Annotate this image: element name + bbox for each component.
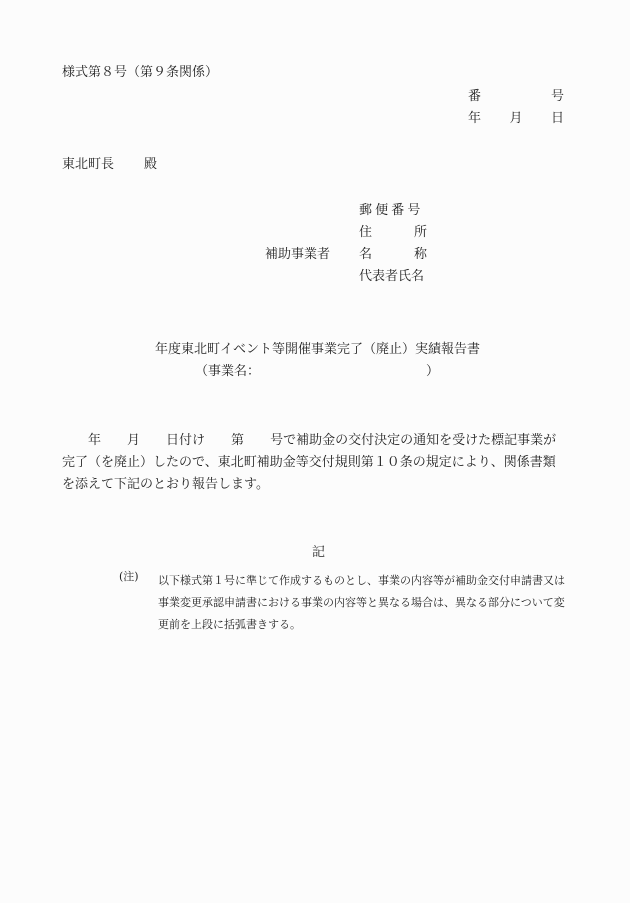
note-line-1: 以下様式第１号に準じて作成するものとし、事業の内容等が補助金交付申請書又は xyxy=(158,570,588,592)
document-date-row: 年 月 日 xyxy=(468,111,564,127)
report-title: 年度東北町イベント等開催事業完了（廃止）実績報告書 xyxy=(155,342,480,358)
addressee-honorific: 殿 xyxy=(144,157,157,172)
document-page: { "document": { "form_number": "様式第８号（第９… xyxy=(0,0,630,903)
project-name-field: （事業名： ） xyxy=(195,364,439,380)
body-line-1: 年 月 日付け 第 号で補助金の交付決定の通知を受けた標記事業が xyxy=(62,430,592,452)
body-year: 年 xyxy=(88,430,101,452)
address-label: 住 所 xyxy=(359,225,427,241)
document-number-suffix: 号 xyxy=(551,89,564,105)
company-name-label: 名 称 xyxy=(359,247,427,263)
company-name-label-left: 名 xyxy=(359,247,372,263)
form-number: 様式第８号（第９条関係） xyxy=(62,65,218,81)
note-line-2: 事業変更承認申請書における事業の内容等と異なる場合は、異なる部分について変 xyxy=(158,592,588,614)
body-line1-rest: 号で補助金の交付決定の通知を受けた標記事業が xyxy=(270,430,556,452)
representative-label: 代表者氏名 xyxy=(359,269,427,285)
applicant-label: 補助事業者 xyxy=(265,247,330,263)
note-text: 以下様式第１号に準じて作成するものとし、事業の内容等が補助金交付申請書又は 事業… xyxy=(158,570,588,636)
company-name-label-right: 称 xyxy=(414,247,427,263)
body-line-2: 完了（を廃止）したので、東北町補助金等交付規則第１０条の規定により、関係書類 xyxy=(62,452,592,474)
postal-code-label: 郵 便 番 号 xyxy=(359,203,427,219)
address-label-right: 所 xyxy=(414,225,427,241)
body-dai: 第 xyxy=(231,430,244,452)
addressee: 東北町長殿 xyxy=(62,157,157,173)
date-day-label: 日 xyxy=(551,111,564,127)
document-number-row: 番 号 xyxy=(468,89,564,105)
document-number-label: 番 xyxy=(468,89,481,105)
project-name-close: ） xyxy=(426,364,439,380)
report-body: 年 月 日付け 第 号で補助金の交付決定の通知を受けた標記事業が 完了（を廃止）… xyxy=(62,430,592,496)
date-month-label: 月 xyxy=(509,111,522,127)
ki-heading: 記 xyxy=(312,545,325,561)
note-label: (注) xyxy=(119,570,139,584)
project-name-open: （事業名： xyxy=(195,364,260,379)
date-year-label: 年 xyxy=(468,111,481,127)
body-line-3: を添えて下記のとおり報告します。 xyxy=(62,474,592,496)
body-day-dated: 日付け xyxy=(166,430,205,452)
address-label-left: 住 xyxy=(359,225,372,241)
addressee-name: 東北町長 xyxy=(62,157,114,172)
body-month: 月 xyxy=(127,430,140,452)
note-line-3: 更前を上段に括弧書きする。 xyxy=(158,614,588,636)
